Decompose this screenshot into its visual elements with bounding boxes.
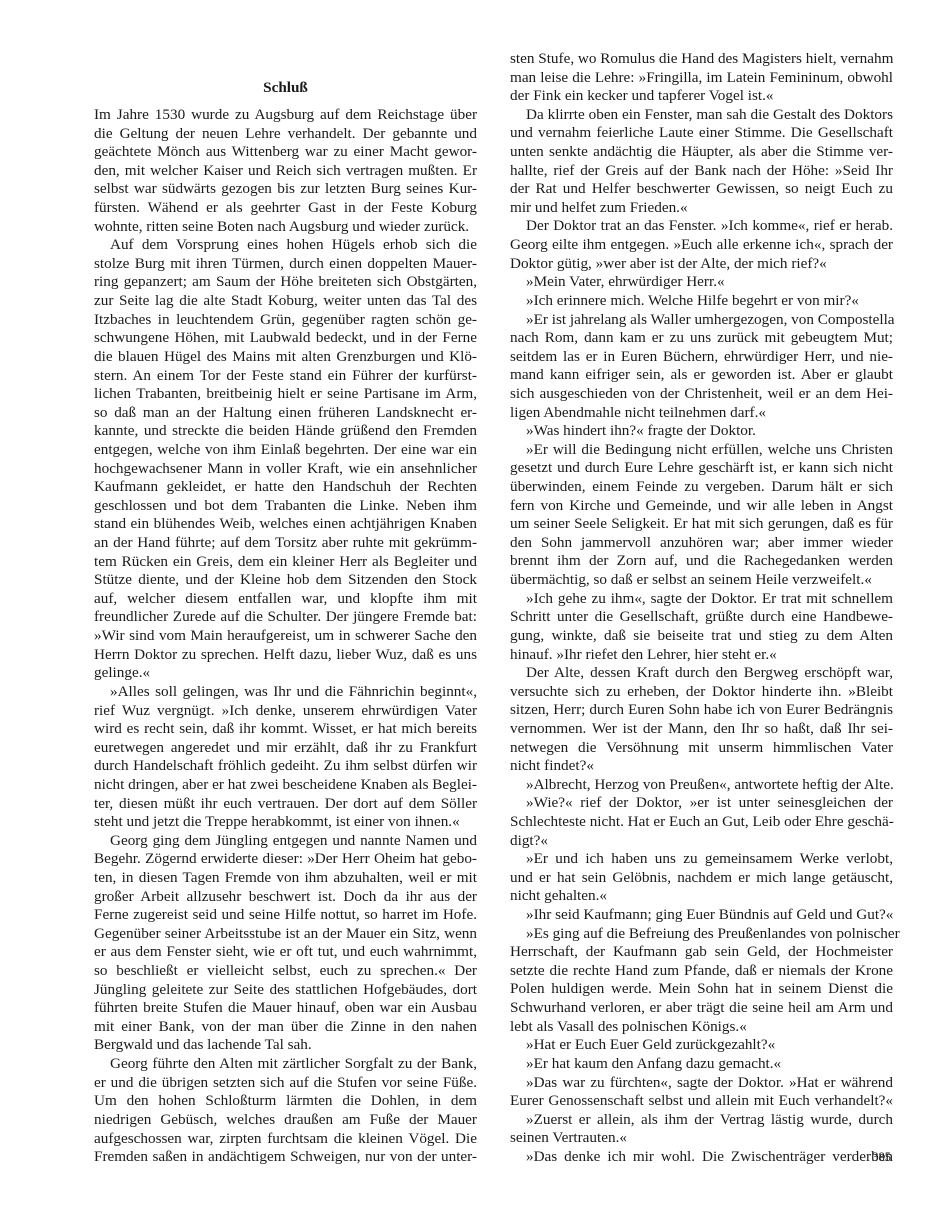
text-line: Itzbaches in leuchtendem Grün, gegenüber…	[94, 311, 477, 330]
text-line: nicht dringen, aber er hat zwei bescheid…	[94, 776, 477, 795]
text-line: stolze Burg mit ihren Türmen, durch eine…	[94, 255, 477, 274]
text-line: lichen Trabanten, breitbeinig hielt er s…	[94, 385, 477, 404]
text-line: kannte, und streckte die beiden Hände gr…	[94, 422, 477, 441]
text-line: vernommen. Wer ist der Mann, den Ihr so …	[510, 720, 893, 739]
page-number: 385	[872, 1150, 891, 1165]
text-line: Gegenüber seiner Arbeitsstube ist an der…	[94, 925, 477, 944]
text-line: entgegen, welche von ihm Einlaß begehrte…	[94, 441, 477, 460]
text-line: Der Doktor trat an das Fenster. »Ich kom…	[510, 217, 893, 236]
text-line: »Wir sind vom Main heraufgereist, um in …	[94, 627, 477, 646]
text-line: Georg ging dem Jüngling entgegen und nan…	[94, 832, 477, 851]
text-line: Kaufmann gekleidet, er hatte den Handsch…	[94, 478, 477, 497]
text-line: Georg eilte ihm entgegen. »Euch alle erk…	[510, 236, 893, 255]
text-line: brennt ihm der Zorn auf, und die Rachege…	[510, 552, 893, 571]
text-line: ten, in diesen Tagen Fremde von ihm abzu…	[94, 869, 477, 888]
text-line: großer Arbeit allzusehr beschwert ist. D…	[94, 888, 477, 907]
text-line: er und die übrigen setzten sich auf die …	[94, 1074, 477, 1093]
text-line: versuchte sich zu erheben, der Doktor hi…	[510, 683, 893, 702]
text-line: Jüngling geleitete zur Seite des stattli…	[94, 981, 477, 1000]
text-line: nicht findet?«	[510, 757, 893, 776]
text-line: mand kann eifriger sein, als er geworden…	[510, 366, 893, 385]
text-line: hallte, rief der Greis auf der Bank nach…	[510, 162, 893, 181]
text-line: so beschließt er vielleicht selbst, euch…	[94, 962, 477, 981]
text-line: den Sohn jammervoll anzuhören war; aber …	[510, 534, 893, 553]
text-line: Herrschaft, der Kaufmann gab sein Geld, …	[510, 943, 893, 962]
text-line: man leise die Lehre: »Fringilla, im Late…	[510, 69, 893, 88]
text-line: setzte die rechte Hand zum Pfande, daß e…	[510, 962, 893, 981]
left-column-text: Im Jahre 1530 wurde zu Augsburg auf dem …	[94, 106, 477, 1167]
text-line: Begehr. Zögernd erwiderte dieser: »Der H…	[94, 850, 477, 869]
text-line: »Er hat kaum den Anfang dazu gemacht.«	[510, 1055, 893, 1074]
text-line: euretwegen angeredet und mir erzählt, da…	[94, 739, 477, 758]
text-line: »Albrecht, Herzog von Preußen«, antworte…	[510, 776, 893, 795]
text-line: ring gepanzert; am Saum der Höhe breitet…	[94, 273, 477, 292]
text-line: selbst war südwärts gezogen bis zur letz…	[94, 180, 477, 199]
text-line: Schritt unter die Gesellschaft, grüßte d…	[510, 608, 893, 627]
text-line: niedrigen Gebüsch, welches draußen am Fu…	[94, 1111, 477, 1130]
text-line: fern von Kirche und Gemeinde, und wir al…	[510, 497, 893, 516]
text-line: führten breite Stufen die Mauer hinauf, …	[94, 999, 477, 1018]
text-line: so daß man an der Haltung einen früheren…	[94, 404, 477, 423]
text-line: lebt als Vasall des polnischen Königs.«	[510, 1018, 893, 1037]
text-line: an der Hand führte; auf dem Torsitz aber…	[94, 534, 477, 553]
text-line: »Ihr seid Kaufmann; ging Euer Bündnis au…	[510, 906, 893, 925]
text-line: Georg führte den Alten mit zärtlicher So…	[94, 1055, 477, 1074]
text-line: fürsten. Wähend er als geehrter Gast in …	[94, 199, 477, 218]
text-line: Bergwald und das lachende Tal sah.	[94, 1036, 477, 1055]
text-line: Ferne zugereist seid und seine Hilfe not…	[94, 906, 477, 925]
text-line: freundlicher Zurede auf die Schulter. De…	[94, 608, 477, 627]
text-line: nicht gehalten.«	[510, 887, 893, 906]
text-line: sten Stufe, wo Romulus die Hand des Magi…	[510, 50, 893, 69]
text-line: durch Handelschaft fröhlich gedeiht. Zu …	[94, 757, 477, 776]
text-line: gung, winkte, daß sie beiseite trat und …	[510, 627, 893, 646]
text-line: und er hat sein Gelöbnis, nachdem er mic…	[510, 869, 893, 888]
text-line: aufgeschossen war, zirpten furchtsam die…	[94, 1130, 477, 1149]
text-line: um seiner Seele Seligkeit. Er hat mit si…	[510, 515, 893, 534]
text-line: Doktor gütig, »wer aber ist der Alte, de…	[510, 255, 893, 274]
text-line: »Ich gehe zu ihm«, sagte der Doktor. Er …	[510, 590, 893, 609]
text-line: sich ausgeschieden von der Christenheit,…	[510, 385, 893, 404]
text-line: »Es ging auf die Befreiung des Preußenla…	[510, 925, 893, 944]
text-line: »Das war zu fürchten«, sagte der Doktor.…	[510, 1074, 893, 1093]
text-line: Schwurhand verloren, er aber trägt die s…	[510, 999, 893, 1018]
right-column-text: sten Stufe, wo Romulus die Hand des Magi…	[510, 50, 893, 1167]
text-line: geächtete Mönch aus Wittenberg war zu ei…	[94, 143, 477, 162]
text-line: zur Seite lag die alte Stadt Koburg, wei…	[94, 292, 477, 311]
text-line: mit einer Bank, von der man über die Zin…	[94, 1018, 477, 1037]
text-line: Im Jahre 1530 wurde zu Augsburg auf dem …	[94, 106, 477, 125]
text-line: »Er und ich haben uns zu gemeinsamem Wer…	[510, 850, 893, 869]
text-line: seitdem las er in Euren Büchern, ehrwürd…	[510, 348, 893, 367]
text-line: »Mein Vater, ehrwürdiger Herr.«	[510, 273, 893, 292]
text-line: »Das denke ich mir wohl. Die Zwischenträ…	[510, 1148, 893, 1167]
text-line: Der Alte, dessen Kraft durch den Bergweg…	[510, 664, 893, 683]
text-line: hochgewachsener Mann in voller Kraft, wi…	[94, 460, 477, 479]
text-line: Da klirrte oben ein Fenster, man sah die…	[510, 106, 893, 125]
text-line: Auf dem Vorsprung eines hohen Hügels erh…	[94, 236, 477, 255]
text-line: Um den hohen Schloßturm lärmten die Dohl…	[94, 1092, 477, 1111]
text-line: tem Rücken ein Greis, dem ein kleiner He…	[94, 553, 477, 572]
text-line: die Geltung der neuen Lehre verhandelt. …	[94, 125, 477, 144]
text-line: übermächtig, so daß er selbst an seinem …	[510, 571, 893, 590]
text-line: »Ich erinnere mich. Welche Hilfe begehrt…	[510, 292, 893, 311]
text-line: der Rat und Helfer beschwerter Gewissen,…	[510, 180, 893, 199]
text-line: schwungene Höhen, mit Laubwald bedeckt, …	[94, 329, 477, 348]
text-line: den, mit welcher Kaiser und Reich sich v…	[94, 162, 477, 181]
text-line: nach Rom, dann kam er zu uns zurück mit …	[510, 329, 893, 348]
text-line: der Fink ein kecker und tapferer Vogel i…	[510, 87, 893, 106]
text-line: digt?«	[510, 832, 893, 851]
text-line: unten senkte andächtig die Häupter, als …	[510, 143, 893, 162]
text-line: Stütze diente, und der Kleine hob dem Si…	[94, 571, 477, 590]
text-line: steht und jetzt die Treppe herabkommt, i…	[94, 813, 477, 832]
text-line: »Hat er Euch Euer Geld zurückgezahlt?«	[510, 1036, 893, 1055]
text-line: und vernahm feierliche Laute einer Stimm…	[510, 124, 893, 143]
text-line: mir und helfet zum Frieden.«	[510, 199, 893, 218]
text-line: Schlechteste nicht. Hat er Euch an Gut, …	[510, 813, 893, 832]
text-line: »Was hindert ihn?« fragte der Doktor.	[510, 422, 893, 441]
text-line: Polen huldigen werde. Mein Sohn hat in s…	[510, 980, 893, 999]
text-line: wird es recht sein, daß ihr kommt. Wisse…	[94, 720, 477, 739]
text-line: seinen Vertrauten.«	[510, 1129, 893, 1148]
text-line: ter, diesen müßt ihr euch vertrauen. Der…	[94, 795, 477, 814]
text-line: netwegen die Versöhnung mit unserm himml…	[510, 739, 893, 758]
text-line: er aus dem Fenster sieht, wie er oft tut…	[94, 943, 477, 962]
text-line: rief Wuz vergnügt. »Ich denke, unserem e…	[94, 702, 477, 721]
text-line: »Er will die Bedingung nicht erfüllen, w…	[510, 441, 893, 460]
text-line: auf, welcher diesem entfallen war, und k…	[94, 590, 477, 609]
text-line: ligen Abendmahle nicht teilnehmen darf.«	[510, 404, 893, 423]
chapter-title: Schluß	[94, 79, 477, 97]
text-line: gelinge.«	[94, 664, 477, 683]
text-line: »Er ist jahrelang als Waller umhergezoge…	[510, 311, 893, 330]
text-line: Herrn Doktor zu sprechen. Helft dazu, li…	[94, 646, 477, 665]
text-line: stand ein blühendes Weib, welches einen …	[94, 515, 477, 534]
text-line: »Alles soll gelingen, was Ihr und die Fä…	[94, 683, 477, 702]
text-line: wohnte, ritten seine Boten nach Augsburg…	[94, 218, 477, 237]
text-line: Eurer Genossenschaft selbst und allein m…	[510, 1092, 893, 1111]
text-line: »Zuerst er allein, als ihm der Vertrag l…	[510, 1111, 893, 1130]
text-line: hinauf. »Ihr riefet den Lehrer, hier ste…	[510, 646, 893, 665]
text-line: gesetzt und durch Eure Lehre geschärft i…	[510, 459, 893, 478]
text-line: überwinden, einem Feinde zu vergeben. Da…	[510, 478, 893, 497]
text-line: »Wie?« rief der Doktor, »er ist unter se…	[510, 794, 893, 813]
text-line: Fremden saßen in andächtigem Schweigen, …	[94, 1148, 477, 1167]
text-line: die blauen Hügel des Mains mit alten Gre…	[94, 348, 477, 367]
text-line: geschlossen und bot dem Trabanten die Li…	[94, 497, 477, 516]
text-line: stern. An einem Tor der Feste stand ein …	[94, 367, 477, 386]
text-line: sitzen, Herr; durch Euren Sohn habe ich …	[510, 701, 893, 720]
